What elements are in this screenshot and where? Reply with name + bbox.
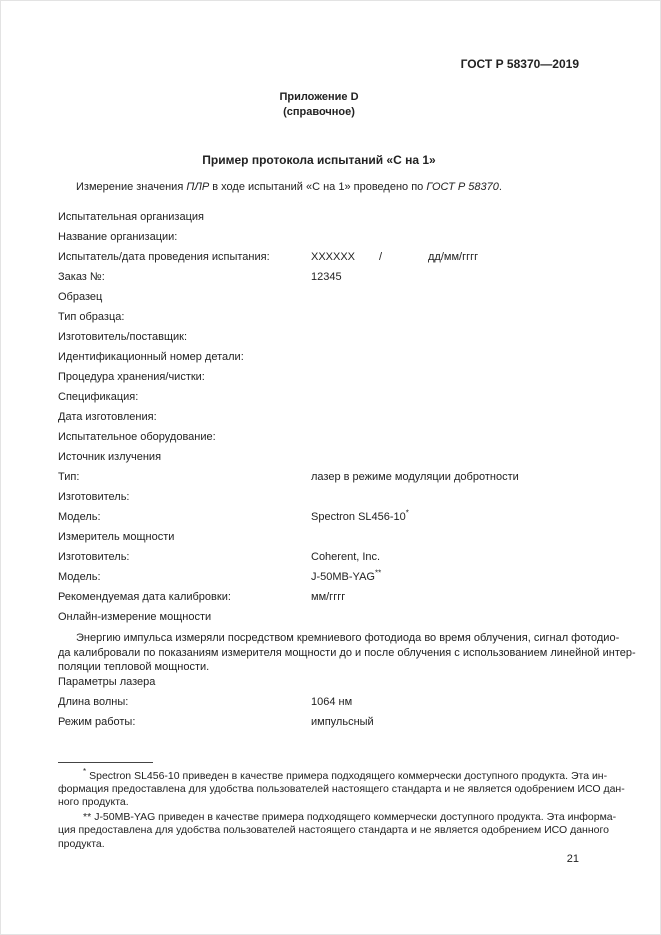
field-value: мм/гггг — [311, 591, 602, 604]
row-specification: Спецификация: — [58, 391, 602, 404]
intro-text: . — [499, 181, 502, 193]
field-value — [311, 331, 602, 344]
footnote-line: ного продукта. — [58, 796, 129, 808]
date-placeholder: дд/мм/гггг — [428, 251, 478, 263]
row-source-type: Тип: лазер в режиме модуляции добротност… — [58, 471, 602, 484]
field-label: Изготовитель: — [58, 491, 311, 504]
field-label: Параметры лазера — [58, 676, 311, 689]
row-calibration-due-date: Рекомендуемая дата калибровки: мм/гггг — [58, 591, 602, 604]
field-value: Spectron SL456-10* — [311, 511, 602, 524]
row-wavelength: Длина волны: 1064 нм — [58, 696, 602, 709]
row-sample: Образец — [58, 291, 602, 304]
field-value: 12345 — [311, 271, 602, 284]
field-value — [311, 231, 602, 244]
appendix-heading: Приложение D (справочное) — [58, 90, 602, 120]
footnote-ref-double-asterisk: ** — [375, 568, 381, 577]
field-label: Процедура хранения/чистки: — [58, 371, 311, 384]
row-source-model: Модель: Spectron SL456-10* — [58, 511, 602, 524]
separator-slash: / — [379, 251, 428, 264]
row-part-id-number: Идентификационный номер детали: — [58, 351, 602, 364]
tester-placeholder: XXXXXX — [311, 251, 379, 264]
field-value — [311, 311, 602, 324]
field-value — [311, 451, 602, 464]
field-label: Спецификация: — [58, 391, 311, 404]
field-value — [311, 211, 602, 224]
field-label: Длина волны: — [58, 696, 311, 709]
field-value-text: мм/гггг — [311, 591, 345, 603]
field-label: Испытательная организация — [58, 211, 311, 224]
field-value: импульсный — [311, 716, 602, 729]
row-storage-cleaning-procedure: Процедура хранения/чистки: — [58, 371, 602, 384]
row-power-meter: Измеритель мощности — [58, 531, 602, 544]
field-label: Источник излучения — [58, 451, 311, 464]
field-value — [311, 491, 602, 504]
field-value: J-50MB-YAG** — [311, 571, 602, 584]
row-test-equipment: Испытательное оборудование: — [58, 431, 602, 444]
field-value — [311, 371, 602, 384]
standard-reference-header: ГОСТ Р 58370—2019 — [58, 57, 602, 71]
row-testing-organization: Испытательная организация — [58, 211, 602, 224]
footnote-marker-double-asterisk: ** — [83, 811, 91, 823]
field-value — [311, 391, 602, 404]
footnote-yag: **J-50MB-YAG приведен в качестве примера… — [58, 811, 602, 851]
field-value-text: 1064 нм — [311, 696, 352, 708]
field-label: Модель: — [58, 571, 311, 584]
page-title: Пример протокола испытаний «С на 1» — [58, 153, 602, 168]
field-value-text: Coherent, Inc. — [311, 551, 380, 563]
field-value-text: импульсный — [311, 716, 374, 728]
footnote-ref-asterisk: * — [406, 508, 409, 517]
field-label: Название организации: — [58, 231, 311, 244]
field-value: Coherent, Inc. — [311, 551, 602, 564]
protocol-fields: Испытательная организация Название орган… — [58, 211, 602, 624]
row-manufacturer-supplier: Изготовитель/поставщик: — [58, 331, 602, 344]
footnote-line: Spectron SL456-10 приведен в качестве пр… — [89, 770, 607, 782]
field-label: Тип: — [58, 471, 311, 484]
footnote-marker-asterisk: * — [83, 767, 86, 776]
field-value — [311, 291, 602, 304]
row-order-number: Заказ №: 12345 — [58, 271, 602, 284]
field-label: Онлайн-измерение мощности — [58, 611, 311, 624]
field-label: Режим работы: — [58, 716, 311, 729]
footnote-line: продукта. — [58, 838, 105, 850]
intro-text: Измерение значения — [76, 181, 186, 193]
row-laser-parameters: Параметры лазера — [58, 676, 602, 689]
footnote-line: формация предоставлена для удобства поль… — [58, 783, 625, 795]
laser-parameter-fields: Параметры лазера Длина волны: 1064 нм Ре… — [58, 676, 602, 729]
field-value: 1064 нм — [311, 696, 602, 709]
field-label: Идентификационный номер детали: — [58, 351, 311, 364]
row-power-meter-model: Модель: J-50MB-YAG** — [58, 571, 602, 584]
field-value — [311, 431, 602, 444]
field-value — [311, 676, 602, 689]
field-value: XXXXXX/дд/мм/гггг — [311, 251, 602, 264]
field-label: Измеритель мощности — [58, 531, 311, 544]
page-number: 21 — [58, 853, 602, 866]
field-label: Испытательное оборудование: — [58, 431, 311, 444]
row-source-manufacturer: Изготовитель: — [58, 491, 602, 504]
field-label: Рекомендуемая дата калибровки: — [58, 591, 311, 604]
field-label: Испытатель/дата проведения испытания: — [58, 251, 311, 264]
row-power-meter-manufacturer: Изготовитель: Coherent, Inc. — [58, 551, 602, 564]
footnote-spectron: *Spectron SL456-10 приведен в качестве п… — [58, 770, 602, 810]
field-label: Изготовитель/поставщик: — [58, 331, 311, 344]
field-value: лазер в режиме модуляции добротности — [311, 471, 602, 484]
intro-term-plr: ПЛР — [186, 181, 209, 193]
field-value — [311, 611, 602, 624]
row-manufacture-date: Дата изготовления: — [58, 411, 602, 424]
footnote-line: ция предоставлена для удобства пользоват… — [58, 824, 609, 836]
row-operation-mode: Режим работы: импульсный — [58, 716, 602, 729]
field-value — [311, 351, 602, 364]
method-line: Энергию импульса измеряли посредством кр… — [76, 632, 619, 644]
method-line: да калибровали по показаниям измерителя … — [58, 647, 636, 659]
field-value-text: 12345 — [311, 271, 342, 283]
row-sample-type: Тип образца: — [58, 311, 602, 324]
intro-standard-ref: ГОСТ Р 58370 — [426, 181, 499, 193]
field-value-text: Spectron SL456-10 — [311, 511, 406, 523]
field-value-text: J-50MB-YAG — [311, 571, 375, 583]
method-line: поляции тепловой мощности. — [58, 661, 209, 673]
appendix-note: (справочное) — [58, 105, 580, 120]
row-radiation-source: Источник излучения — [58, 451, 602, 464]
document-page: ГОСТ Р 58370—2019 Приложение D (справочн… — [0, 0, 661, 935]
field-value — [311, 531, 602, 544]
footnote-line: J-50MB-YAG приведен в качестве примера п… — [94, 811, 616, 823]
intro-paragraph: Измерение значения ПЛР в ходе испытаний … — [58, 180, 602, 195]
intro-text: в ходе испытаний «С на 1» проведено по — [209, 181, 426, 193]
field-value-text: лазер в режиме модуляции добротности — [311, 471, 519, 483]
field-label: Модель: — [58, 511, 311, 524]
method-paragraph: Энергию импульса измеряли посредством кр… — [58, 631, 602, 675]
row-tester-date: Испытатель/дата проведения испытания: XX… — [58, 251, 602, 264]
appendix-label: Приложение D — [58, 90, 580, 105]
row-organization-name: Название организации: — [58, 231, 602, 244]
field-label: Заказ №: — [58, 271, 311, 284]
field-value — [311, 411, 602, 424]
field-label: Образец — [58, 291, 311, 304]
row-online-power-measurement: Онлайн-измерение мощности — [58, 611, 602, 624]
field-label: Дата изготовления: — [58, 411, 311, 424]
field-label: Тип образца: — [58, 311, 311, 324]
field-label: Изготовитель: — [58, 551, 311, 564]
footnote-separator-rule — [58, 762, 153, 763]
